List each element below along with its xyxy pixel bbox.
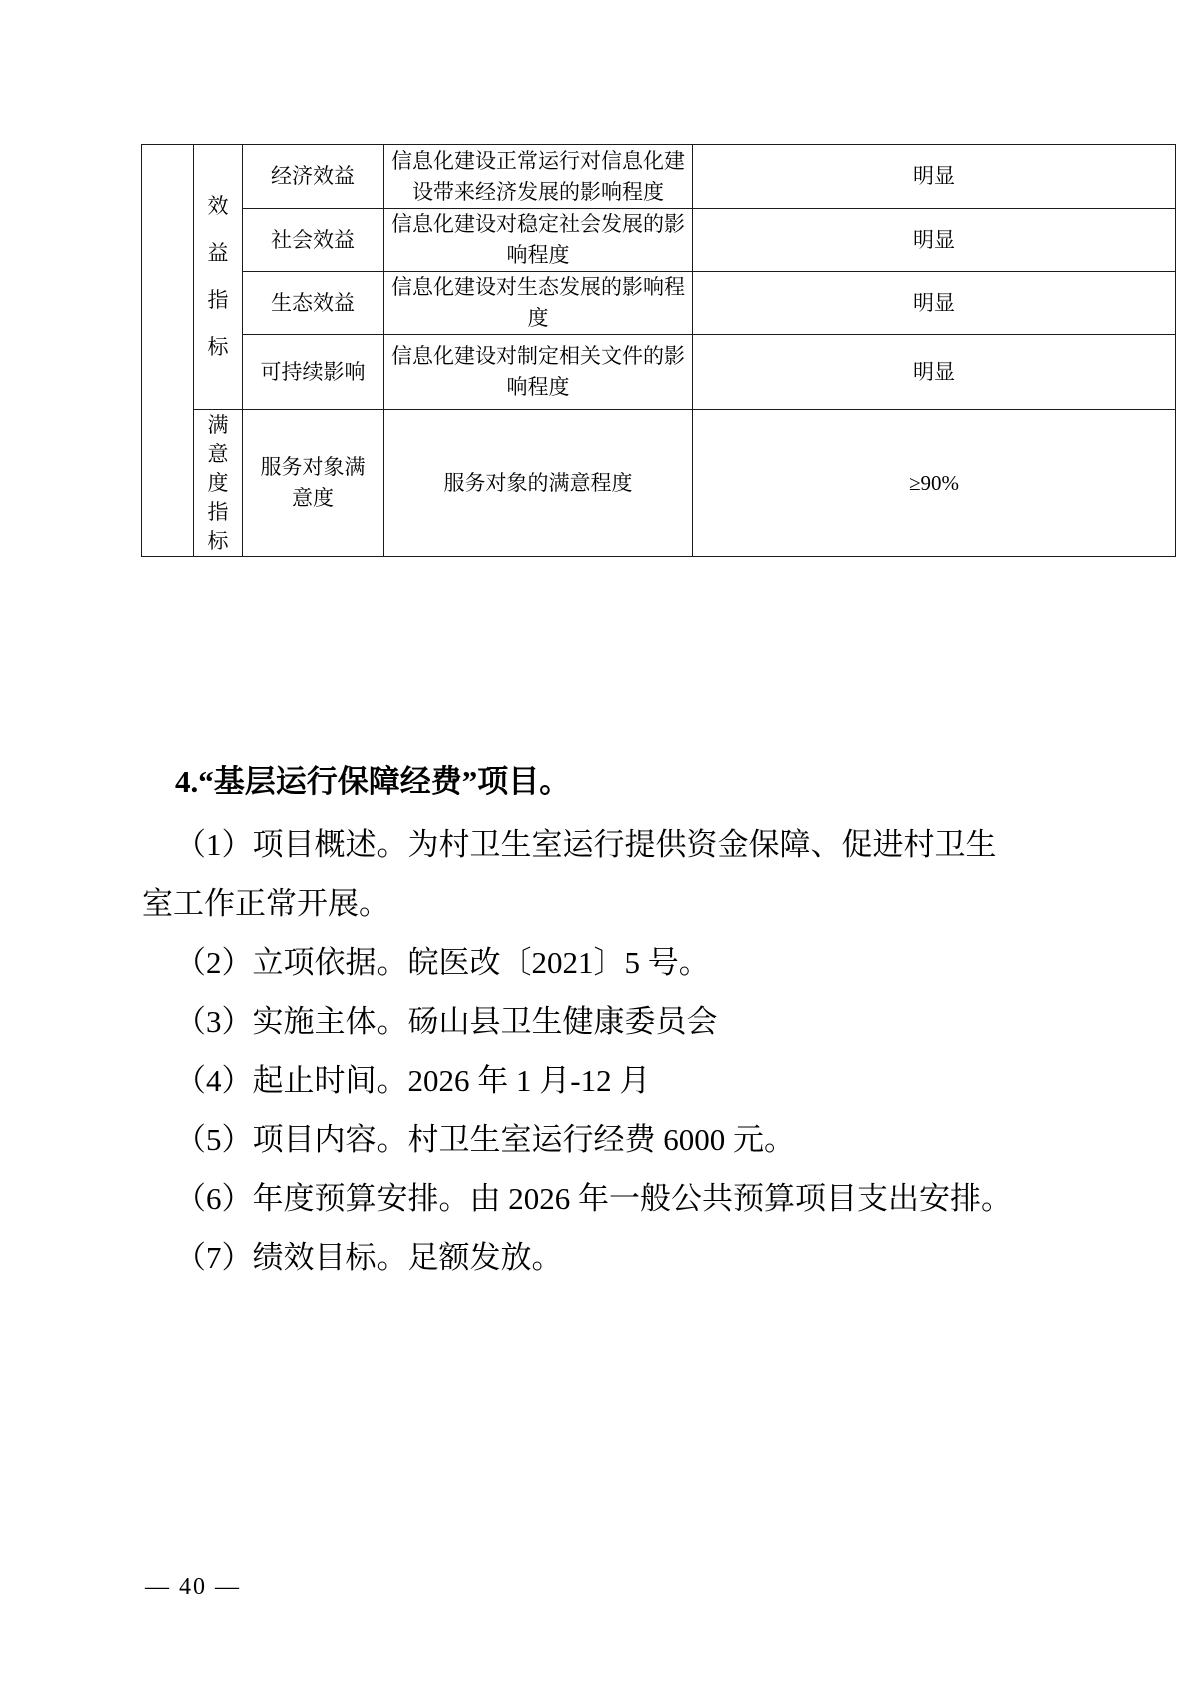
indicator-description-cell: 信息化建设对稳定社会发展的影 响程度 [384,209,693,272]
indicator-description-cell: 信息化建设对生态发展的影响程 度 [384,272,693,335]
table-row: 生态效益 信息化建设对生态发展的影响程 度 明显 [142,272,1176,335]
benefit-group-label: 效益指标 [206,183,230,371]
paragraph-line: （2）立项依据。皖医改〔2021〕5 号。 [142,933,1142,992]
paragraph-line: （4）起止时间。2026 年 1 月-12 月 [142,1051,1142,1110]
indicator-value-cell: 明显 [693,272,1176,335]
indicator-name-cell: 生态效益 [243,272,384,335]
table-row: 社会效益 信息化建设对稳定社会发展的影 响程度 明显 [142,209,1176,272]
table-row: 满意度指标 服务对象满 意度 服务对象的满意程度 ≥90% [142,410,1176,557]
section-body: （1）项目概述。为村卫生室运行提供资金保障、促进村卫生 室工作正常开展。 （2）… [142,815,1142,1287]
section-heading: 4.“基层运行保障经费”项目。 [142,752,1132,811]
paragraph-line: （1）项目概述。为村卫生室运行提供资金保障、促进村卫生 [142,815,1142,874]
satisfaction-group-label: 满意度指标 [206,411,230,556]
performance-indicators-table: 效益指标 经济效益 信息化建设正常运行对信息化建 设带来经济发展的影响程度 明显… [141,144,1176,557]
document-page: 效益指标 经济效益 信息化建设正常运行对信息化建 设带来经济发展的影响程度 明显… [0,0,1190,1683]
paragraph-line: （5）项目内容。村卫生室运行经费 6000 元。 [142,1110,1142,1169]
indicator-value-cell: 明显 [693,145,1176,209]
indicator-name-cell: 可持续影响 [243,335,384,410]
table-row: 可持续影响 信息化建设对制定相关文件的影 响程度 明显 [142,335,1176,410]
indicator-description-cell: 信息化建设对制定相关文件的影 响程度 [384,335,693,410]
indicator-value-cell: 明显 [693,335,1176,410]
indicator-description-cell: 信息化建设正常运行对信息化建 设带来经济发展的影响程度 [384,145,693,209]
indicator-value-cell: 明显 [693,209,1176,272]
indicator-description-cell: 服务对象的满意程度 [384,410,693,557]
indicator-name-cell: 社会效益 [243,209,384,272]
benefit-group-label-cell: 效益指标 [194,145,243,410]
paragraph-line: （3）实施主体。砀山县卫生健康委员会 [142,992,1142,1051]
empty-left-cell [142,145,194,557]
paragraph-line: 室工作正常开展。 [142,874,1142,933]
page-number: — 40 — [145,1572,241,1602]
satisfaction-group-label-cell: 满意度指标 [194,410,243,557]
indicator-name-cell: 服务对象满 意度 [243,410,384,557]
table-row: 效益指标 经济效益 信息化建设正常运行对信息化建 设带来经济发展的影响程度 明显 [142,145,1176,209]
indicator-name-cell: 经济效益 [243,145,384,209]
paragraph-line: （6）年度预算安排。由 2026 年一般公共预算项目支出安排。 [142,1169,1142,1228]
indicator-value-cell: ≥90% [693,410,1176,557]
paragraph-line: （7）绩效目标。足额发放。 [142,1228,1142,1287]
